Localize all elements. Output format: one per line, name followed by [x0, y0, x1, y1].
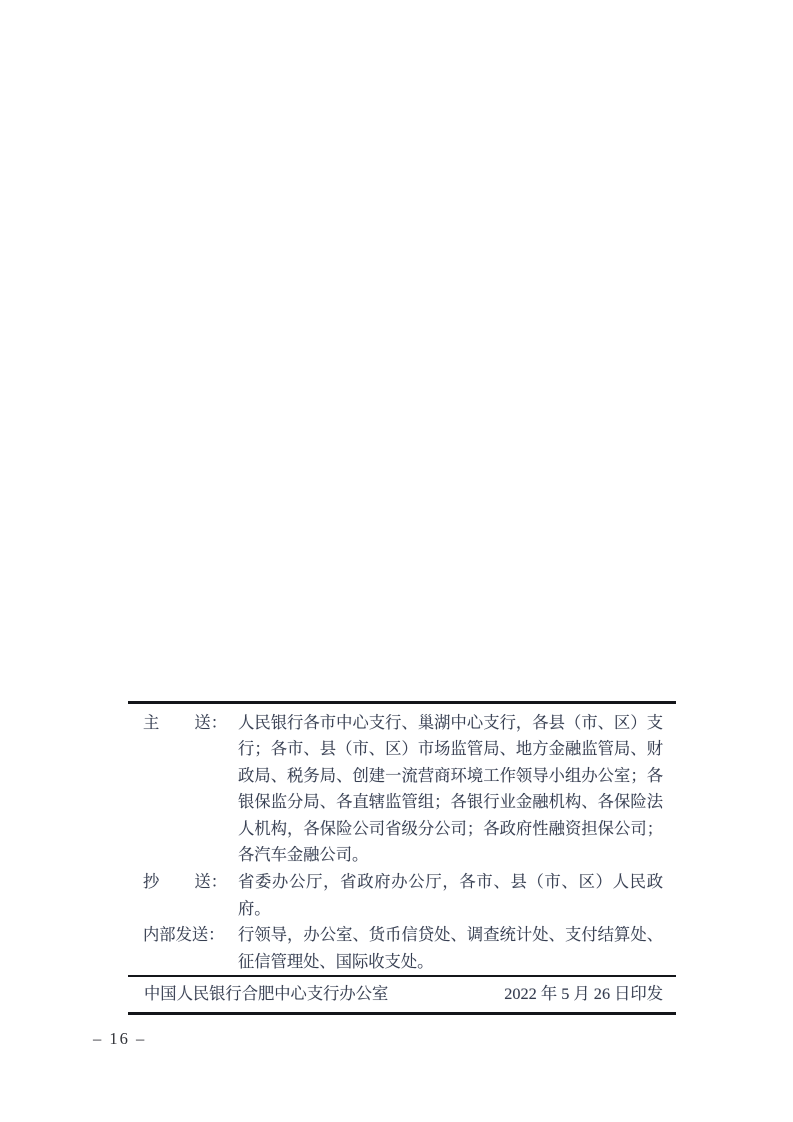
issuing-office: 中国人民银行合肥中心支行办公室 [144, 981, 388, 1008]
distribution-row-internal: 内部发送： 行领导，办公室、货币信贷处、调查统计处、支付结算处、征信管理处、国际… [128, 922, 676, 975]
cc-label-right: 送： [194, 869, 227, 896]
text-line: 政局、税务局、创建一流营商环境工作领导小组办公室；各 [238, 763, 663, 790]
text-line: 行；各市、县（市、区）市场监管局、地方金融监管局、财 [238, 736, 663, 763]
distribution-block: 主 送： 人民银行各市中心支行、巢湖中心支行，各县（市、区）支行；各市、县（市、… [128, 701, 676, 1015]
issue-footer: 中国人民银行合肥中心支行办公室 2022 年 5 月 26 日印发 [128, 977, 676, 1012]
text-line: 各汽车金融公司。 [238, 842, 663, 869]
text-line: 省委办公厅，省政府办公厅，各市、县（市、区）人民政府。 [238, 869, 663, 922]
main-send-label-left: 主 [143, 710, 159, 737]
cc-label: 抄 送： [143, 869, 227, 896]
main-send-label-right: 送： [194, 710, 227, 737]
text-line: 征信管理处、国际收支处。 [238, 949, 663, 976]
text-line: 银保监分局、各直辖监管组；各银行业金融机构、各保险法 [238, 789, 663, 816]
distribution-row-main-send: 主 送： 人民银行各市中心支行、巢湖中心支行，各县（市、区）支行；各市、县（市、… [128, 710, 676, 870]
text-line: 人民银行各市中心支行、巢湖中心支行，各县（市、区）支 [238, 710, 663, 737]
document-page: 主 送： 人民银行各市中心支行、巢湖中心支行，各县（市、区）支行；各市、县（市、… [0, 0, 793, 1122]
print-date: 2022 年 5 月 26 日印发 [504, 981, 663, 1008]
cc-label-left: 抄 [143, 869, 159, 896]
internal-label: 内部发送： [143, 922, 227, 949]
cc-content: 省委办公厅，省政府办公厅，各市、县（市、区）人民政府。 [238, 869, 663, 922]
bottom-rule [128, 1012, 676, 1015]
distribution-row-cc: 抄 送： 省委办公厅，省政府办公厅，各市、县（市、区）人民政府。 [128, 869, 676, 922]
page-number: – 16 – [93, 1029, 146, 1049]
main-send-content: 人民银行各市中心支行、巢湖中心支行，各县（市、区）支行；各市、县（市、区）市场监… [238, 710, 663, 870]
text-line: 人机构，各保险公司省级分公司；各政府性融资担保公司； [238, 816, 663, 843]
internal-content: 行领导，办公室、货币信贷处、调查统计处、支付结算处、征信管理处、国际收支处。 [238, 922, 663, 975]
distribution-rows: 主 送： 人民银行各市中心支行、巢湖中心支行，各县（市、区）支行；各市、县（市、… [128, 704, 676, 976]
main-send-label: 主 送： [143, 710, 227, 737]
text-line: 行领导，办公室、货币信贷处、调查统计处、支付结算处、 [238, 922, 663, 949]
